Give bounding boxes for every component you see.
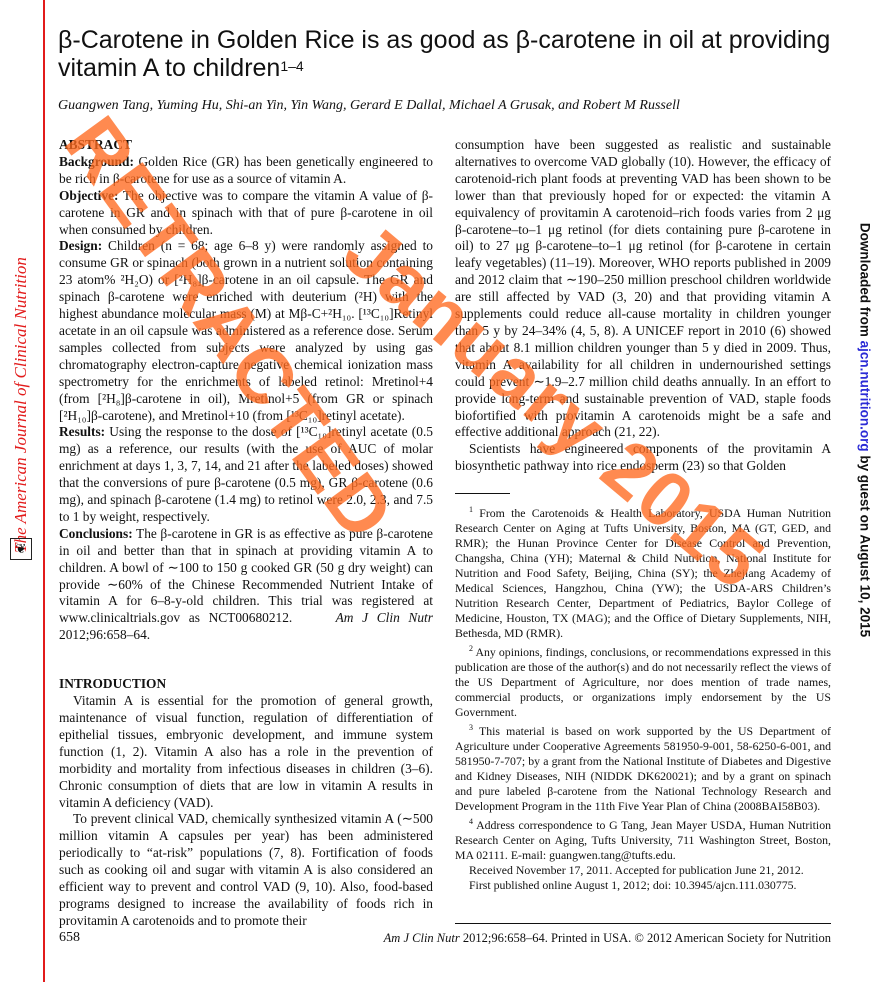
download-notice-vertical: Downloaded from ajcn.nutrition.org by gu… xyxy=(848,240,882,620)
introduction-heading: INTRODUCTION xyxy=(59,676,433,693)
abstract-objective: Objective: The objective was to compare … xyxy=(59,188,433,239)
abstract-citation: 2012;96:658–64. xyxy=(59,627,150,642)
intro-paragraph-2-continued: consumption have been suggested as reali… xyxy=(455,137,831,441)
footnote-3: 3 This material is based on work support… xyxy=(455,720,831,814)
page-number: 658 xyxy=(59,930,80,946)
article-title: β-Carotene in Golden Rice is as good as … xyxy=(58,26,848,82)
download-suffix: by guest on August 10, 2015 xyxy=(858,452,873,638)
abstract-design: Design: Children (n = 68; age 6–8 y) wer… xyxy=(59,238,433,424)
journal-name-vertical: The American Journal of Clinical Nutriti… xyxy=(4,230,38,580)
abstract-background: Background: Golden Rice (GR) has been ge… xyxy=(59,154,433,188)
footnote-4: 4 Address correspondence to G Tang, Jean… xyxy=(455,814,831,863)
abstract-conclusions: Conclusions: The β-carotene in GR is as … xyxy=(59,526,433,644)
ajcn-logo-icon: ❦ xyxy=(10,538,32,560)
received-dates: Received November 17, 2011. Accepted for… xyxy=(455,863,831,879)
download-prefix: Downloaded from xyxy=(858,223,873,341)
abstract-results: Results: Using the response to the dose … xyxy=(59,424,433,525)
authors: Guangwen Tang, Yuming Hu, Shi-an Yin, Yi… xyxy=(58,98,848,114)
footer-divider xyxy=(455,923,831,924)
intro-paragraph-3: Scientists have engineered components of… xyxy=(455,441,831,475)
right-column: consumption have been suggested as reali… xyxy=(455,137,831,894)
left-column: ABSTRACT Background: Golden Rice (GR) ha… xyxy=(59,137,433,930)
intro-paragraph-1: Vitamin A is essential for the promotion… xyxy=(59,693,433,811)
footnote-1: 1 From the Carotenoids & Health Laborato… xyxy=(455,502,831,641)
abstract-citation-journal: Am J Clin Nutr xyxy=(336,610,433,625)
margin-rule xyxy=(43,0,45,982)
footnote-2: 2 Any opinions, findings, conclusions, o… xyxy=(455,641,831,720)
footer-citation: Am J Clin Nutr 2012;96:658–64. Printed i… xyxy=(384,931,831,946)
article-title-text: β-Carotene in Golden Rice is as good as … xyxy=(58,26,830,82)
first-published-doi: First published online August 1, 2012; d… xyxy=(455,878,831,894)
journal-name: The American Journal of Clinical Nutriti… xyxy=(11,257,31,553)
title-footnote-refs[interactable]: 1–4 xyxy=(280,58,303,74)
footnote-divider xyxy=(455,493,510,494)
intro-paragraph-2: To prevent clinical VAD, chemically synt… xyxy=(59,811,433,929)
ajcn-link[interactable]: ajcn.nutrition.org xyxy=(858,341,873,452)
abstract-heading: ABSTRACT xyxy=(59,137,433,154)
